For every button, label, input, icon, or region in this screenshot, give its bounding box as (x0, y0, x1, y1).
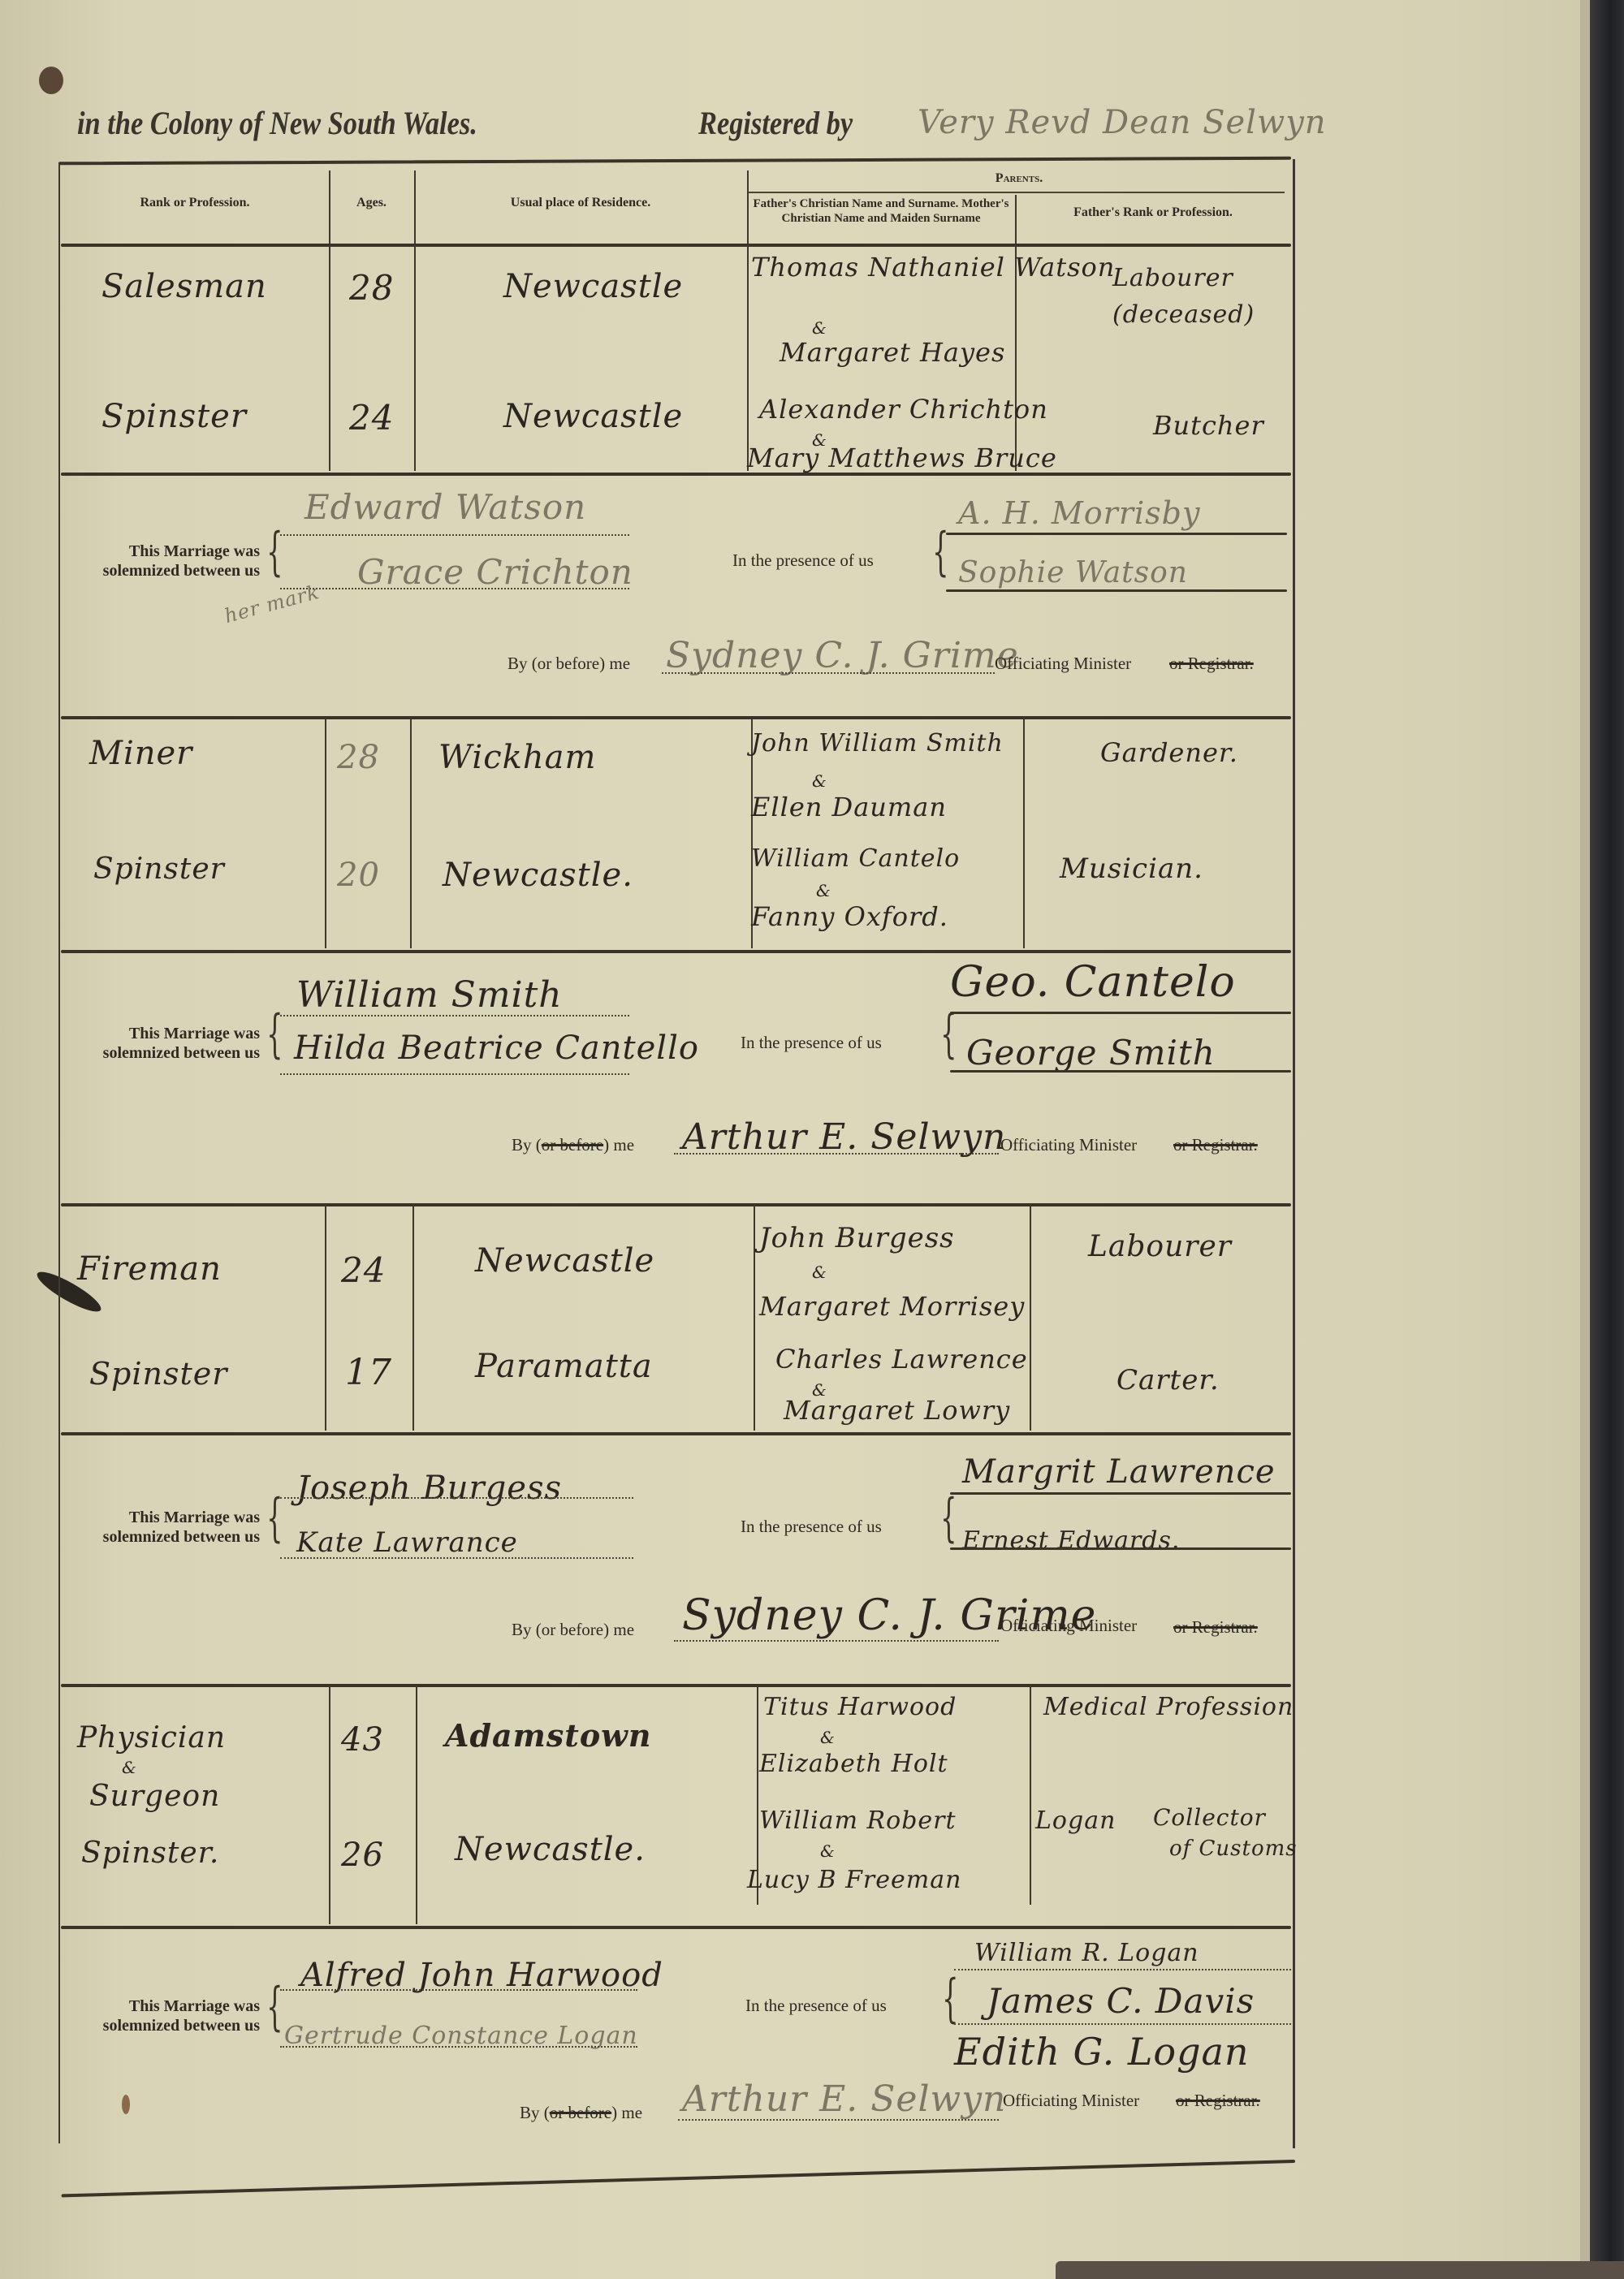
bride-residence: Newcastle (503, 398, 683, 435)
bride-father: Charles Lawrence (775, 1344, 1028, 1375)
by-label: By ( (520, 2103, 550, 2122)
ampersand: & (122, 1758, 137, 1777)
bride-father: Alexander Chrichton (759, 394, 1048, 425)
col-divider (412, 1205, 414, 1431)
me-label: ) me (611, 2103, 642, 2122)
signature-line (280, 1557, 633, 1559)
groom-residence: Newcastle (503, 268, 683, 305)
record-divider (61, 716, 1291, 719)
officiating-label: Officiating Minister (1003, 2091, 1139, 2111)
col-divider (414, 245, 416, 471)
marriage-label-2: solemnized between us (65, 1528, 260, 1547)
groom-mother: Ellen Dauman (751, 792, 947, 822)
header-bottom-border (61, 244, 1291, 247)
bride-father-rank: Musician. (1060, 852, 1203, 885)
signature-line (280, 588, 629, 589)
bride-rank: Spinster (93, 852, 225, 886)
groom-father-rank: Medical Profession (1043, 1693, 1294, 1721)
witness-line (950, 1070, 1291, 1073)
header-parents: Parents. (751, 170, 1287, 186)
col-divider (754, 1205, 755, 1431)
record-divider (61, 1684, 1291, 1687)
by-before-label: By (or before) me (520, 2103, 642, 2123)
header-parents-names: Father's Christian Name and Surname. Mot… (749, 196, 1013, 226)
witness-1: Margrit Lawrence (962, 1453, 1276, 1491)
groom-signature: William Smith (296, 974, 563, 1016)
signature-line (280, 1073, 629, 1075)
groom-rank-line1: Physician (77, 1721, 226, 1755)
bottom-shadow (1056, 2261, 1624, 2279)
col-divider (329, 170, 330, 244)
bride-father-last: Logan (1035, 1806, 1116, 1835)
me-label: ) me (603, 1135, 634, 1155)
by-label: By ( (512, 1135, 542, 1155)
registered-by-value: Very Revd Dean Selwyn (918, 104, 1327, 141)
bride-residence: Newcastle. (443, 857, 633, 894)
groom-residence: Wickham (438, 739, 596, 776)
groom-signature: Joseph Burgess (296, 1470, 562, 1507)
witness-1: Geo. Cantelo (950, 958, 1236, 1007)
presence-label: In the presence of us (741, 1033, 882, 1053)
groom-rank: Fireman (77, 1250, 222, 1288)
ampersand: & (816, 881, 831, 900)
officiating-label: Officiating Minister (1000, 1135, 1137, 1155)
marriage-label-2: solemnized between us (65, 1044, 260, 1063)
or-before-struck: or before (542, 1135, 603, 1155)
registrar-struck: or Registrar. (1173, 1135, 1258, 1155)
groom-residence: Newcastle (475, 1242, 654, 1280)
ink-stain (39, 67, 63, 94)
record-divider (61, 1926, 1291, 1929)
col-divider (410, 718, 412, 948)
minister-line (674, 1153, 999, 1155)
groom-father: Titus Harwood (763, 1693, 957, 1721)
col-divider (1030, 1205, 1031, 1431)
bride-signature: Hilda Beatrice Cantello (294, 1029, 699, 1067)
minister-signature: Sydney C. J. Grime (666, 635, 1019, 676)
groom-father-rank: Labourer (1088, 1230, 1232, 1263)
brace: { (940, 1008, 957, 1060)
col-divider (1030, 1686, 1031, 1905)
registrar-struck: or Registrar. (1169, 654, 1254, 674)
bride-signature: Grace Crichton (357, 552, 633, 592)
bride-residence: Paramatta (475, 1348, 653, 1385)
bride-mother: Mary Matthews Bruce (747, 442, 1057, 473)
ampersand: & (820, 1841, 836, 1861)
groom-mother: Margaret Hayes (780, 337, 1005, 368)
col-divider (329, 245, 330, 471)
groom-father: John Burgess (759, 1222, 955, 1254)
ampersand: & (812, 771, 827, 791)
bride-age: 17 (345, 1352, 392, 1393)
bride-father-first: William Robert (759, 1806, 957, 1835)
bride-age: 20 (337, 857, 380, 894)
marriage-label-2: solemnized between us (65, 2017, 260, 2035)
groom-age: 28 (337, 739, 380, 776)
groom-rank-line2: Surgeon (89, 1780, 220, 1813)
registrar-struck: or Registrar. (1176, 2091, 1260, 2111)
bride-mother: Fanny Oxford. (751, 901, 948, 932)
witness-line (946, 589, 1287, 592)
bride-father-rank-line2: of Customs (1169, 1837, 1298, 1861)
book-binding (1590, 0, 1624, 2279)
witness-3: Edith G. Logan (954, 2030, 1250, 2074)
groom-father: Thomas Nathaniel Watson (751, 252, 1115, 283)
groom-rank: Miner (89, 735, 192, 772)
marriage-label-1: This Marriage was (77, 1509, 260, 1527)
witness-1: William R. Logan (974, 1939, 1199, 1967)
header-rank: Rank or Profession. (65, 195, 325, 210)
bride-rank: Spinster. (81, 1837, 219, 1870)
witness-line (950, 1492, 1291, 1495)
parents-divider (749, 192, 1285, 193)
header-residence: Usual place of Residence. (418, 195, 743, 210)
col-divider (414, 170, 416, 244)
groom-mother: Elizabeth Holt (759, 1750, 948, 1778)
minister-signature: Arthur E. Selwyn (682, 1116, 1006, 1158)
col-divider (1023, 718, 1025, 948)
header-age: Ages. (333, 195, 410, 210)
witness-2: George Smith (966, 1033, 1216, 1073)
record-divider (61, 1203, 1291, 1206)
by-before-label: By (or before) me (508, 654, 630, 674)
bride-rank: Spinster (101, 398, 247, 435)
presence-label: In the presence of us (741, 1517, 882, 1537)
bride-rank: Spinster (89, 1356, 227, 1392)
witness-2: James C. Davis (987, 1981, 1255, 2021)
col-divider (747, 245, 749, 471)
presence-label: In the presence of us (732, 550, 874, 571)
col-divider (325, 718, 326, 948)
col-divider (329, 1686, 330, 1924)
groom-age: 24 (341, 1250, 386, 1290)
record-divider (61, 950, 1291, 953)
brace: { (942, 1973, 958, 2025)
record-divider (61, 1432, 1291, 1435)
brace: { (266, 1492, 283, 1544)
officiating-label: Officiating Minister (995, 654, 1131, 674)
bride-residence: Newcastle. (455, 1831, 646, 1868)
groom-age: 43 (341, 1721, 384, 1759)
groom-mother: Margaret Morrisey (759, 1291, 1025, 1322)
witness-line (950, 1547, 1291, 1550)
groom-age: 28 (349, 268, 394, 308)
by-before-label: By (or before) me (512, 1135, 634, 1155)
presence-label: In the presence of us (745, 1996, 887, 2016)
signature-line (280, 1015, 629, 1016)
table-left-border (58, 162, 60, 2143)
signature-line (280, 2046, 637, 2048)
witness-line (946, 533, 1287, 535)
rust-spot (122, 2095, 130, 2114)
witness-1: A. H. Morrisby (958, 495, 1200, 531)
marriage-label-1: This Marriage was (77, 1025, 260, 1043)
bride-father-rank-line1: Collector (1153, 1804, 1266, 1831)
bride-father-rank: Carter. (1116, 1364, 1220, 1396)
groom-father: John William Smith (751, 729, 1004, 758)
col-divider (416, 1686, 417, 1924)
brace: { (940, 1492, 957, 1544)
signature-line (280, 1989, 637, 1991)
witness-line (954, 1969, 1291, 1970)
ampersand: & (820, 1728, 836, 1747)
marriage-label-1: This Marriage was (77, 542, 260, 561)
col-divider (325, 1205, 326, 1431)
minister-signature: Arthur E. Selwyn (682, 2078, 1006, 2120)
marriage-label-1: This Marriage was (77, 1997, 260, 2016)
witness-line (954, 2023, 1291, 2025)
groom-residence: Adamstown (445, 1717, 652, 1754)
col-divider (1015, 195, 1017, 244)
minister-line (662, 672, 995, 674)
header-father-rank: Father's Rank or Profession. (1019, 205, 1287, 220)
record-divider (61, 473, 1291, 476)
groom-father-rank: Labourer (deceased) (1112, 260, 1283, 333)
witness-line (950, 1012, 1291, 1014)
bride-father-rank: Butcher (1153, 410, 1264, 441)
bride-age: 26 (341, 1837, 384, 1874)
registered-by-label: Registered by (698, 104, 853, 142)
minister-line (674, 1640, 999, 1642)
witness-2: Ernest Edwards. (962, 1526, 1180, 1555)
ampersand: & (812, 318, 827, 338)
bride-father: William Cantelo (751, 844, 960, 873)
bride-age: 24 (349, 398, 394, 438)
bride-signature: Kate Lawrance (296, 1526, 518, 1559)
signature-line (280, 534, 629, 536)
ampersand: & (812, 1263, 827, 1282)
bride-mother: Lucy B Freeman (747, 1866, 961, 1894)
page-title: in the Colony of New South Wales. (77, 104, 477, 142)
groom-father-rank: Gardener. (1100, 737, 1238, 768)
or-before-struck: or before (550, 2103, 611, 2122)
officiating-label: Officiating Minister (1000, 1616, 1137, 1636)
witness-2: Sophie Watson (958, 556, 1188, 589)
signature-line (280, 1497, 633, 1499)
groom-signature: Edward Watson (304, 487, 586, 527)
groom-rank: Salesman (101, 268, 267, 305)
by-before-label: By (or before) me (512, 1620, 634, 1640)
marriage-label-2: solemnized between us (65, 562, 260, 581)
minister-line (678, 2119, 999, 2121)
registrar-struck: or Registrar. (1173, 1617, 1258, 1638)
bride-mother: Margaret Lowry (784, 1395, 1010, 1426)
